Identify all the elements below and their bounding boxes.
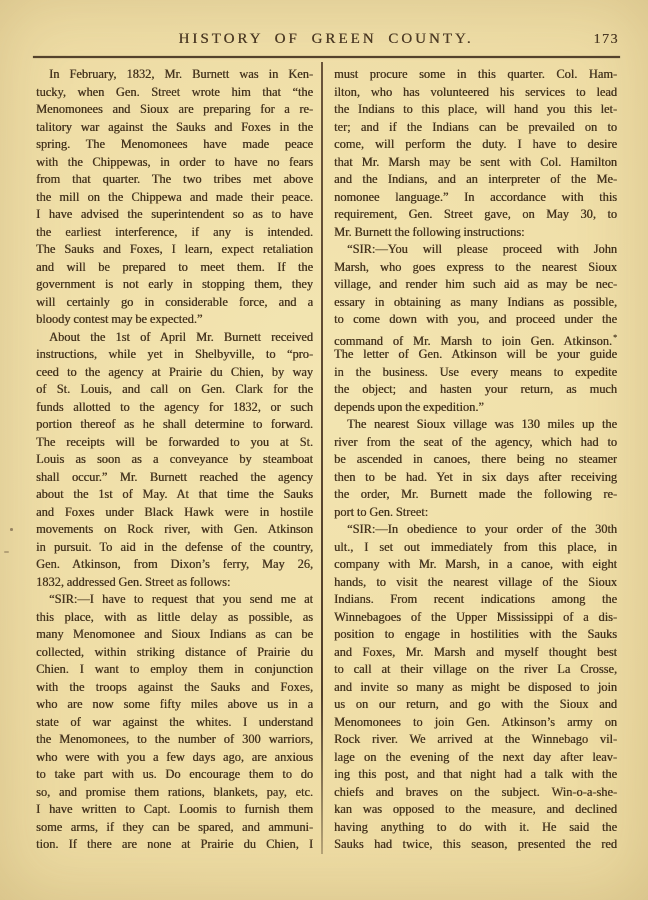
ink-speckle [10,528,13,531]
text-line: government is not early in stopping them… [36,276,313,294]
text-line: “SIR:—I have to request that you send me… [36,591,313,609]
text-line: bloody contest may be expected.” [36,311,313,329]
text-line: many Menomonee and Sioux Indians as can … [36,626,313,644]
footnote-marker: * [613,333,617,342]
text-line: ter; and if the Indians can be prevailed… [334,119,617,137]
text-line: to take part with us. Do encourage them … [36,766,313,784]
text-line: so, and promise them rations, blankets, … [36,784,313,802]
text-line: and Foxes, Mr. Marsh and myself thought … [334,644,617,662]
text-line: us on our return, and go with the Sioux … [334,696,617,714]
text-line: this place, with as little delay as poss… [36,609,313,627]
text-line: and Foxes under Black Hawk were in hosti… [36,504,313,522]
text-line: Gen. Atkinson, from Dixon’s ferry, May 2… [36,556,313,574]
text-line: port to Gen. Street: [334,504,617,522]
text-line: The nearest Sioux village was 130 miles … [334,416,617,434]
text-line: that Mr. Marsh may be sent with Col. Ham… [334,154,617,172]
text-line: command of Mr. Marsh to join Gen. Atkins… [334,329,617,347]
text-line: who are now some fifty miles above us in… [36,696,313,714]
text-line: The receipts will be forwarded to you at… [36,434,313,452]
text-line: the object; and hasten your return, as m… [334,381,617,399]
text-line: in the business. Use every means to expe… [334,364,617,382]
text-line: Menomonees and Sioux are preparing for a… [36,101,313,119]
text-line: Louis as soon as a conveyance by steambo… [36,451,313,469]
text-line: river from the seat of the agency, which… [334,434,617,452]
text-line: movements on Rock river, with Gen. Atkin… [36,521,313,539]
text-line: “SIR:—In obedience to your order of the … [334,521,617,539]
column-divider [321,62,323,854]
text-line: tucky, when Gen. Street wrote him that “… [36,84,313,102]
text-line: to call at their village on the river La… [334,661,617,679]
text-line: company with Mr. Marsh, in a canoe, with… [334,556,617,574]
text-line: portion thereof as he shall determine to… [36,416,313,434]
ink-speckle [4,551,9,553]
text-line: to come down with you, and proceed under… [334,311,617,329]
text-line: collected, within striking distance of P… [36,644,313,662]
text-line: In February, 1832, Mr. Burnett was in Ke… [36,66,313,84]
text-line: of St. Louis, and call on Gen. Clark for… [36,381,313,399]
text-line: ing this post, and that night had a talk… [334,766,617,784]
text-line: Mr. Burnett the following instructions: [334,224,617,242]
text-line: tion. If there are none at Prairie du Ch… [36,836,313,854]
text-line: nomonee language.” In accordance with th… [334,189,617,207]
text-line: Menomonees to join Gen. Atkinson’s army … [334,714,617,732]
text-line: I have written to Capt. Loomis to furnis… [36,801,313,819]
text-line: some arms, if they can be spared, and am… [36,819,313,837]
text-line: Rock river. We arrived at the Winnebago … [334,731,617,749]
text-line: Chien. I want to employ them in conjunct… [36,661,313,679]
text-line: funds allotted to the agency for 1832, o… [36,399,313,417]
text-line: in pursuit. To aid in the defense of the… [36,539,313,557]
text-line: the Indians to this place, will hand you… [334,101,617,119]
text-line: from that quarter. The two tribes met ab… [36,171,313,189]
text-line: chiefs and braves on the subject. Win-o-… [334,784,617,802]
text-line: shall occur.” Mr. Burnett reached the ag… [36,469,313,487]
text-line: 1832, addressed Gen. Street as follows: [36,574,313,592]
text-line: The letter of Gen. Atkinson will be your… [334,346,617,364]
text-line: I have advised the superintendent so as … [36,206,313,224]
text-line: kan was opposed to the measure, and decl… [334,801,617,819]
text-line: state of war against the whites. I under… [36,714,313,732]
text-line: and invite so many as might be disposed … [334,679,617,697]
text-line: ceed to the agency at Prairie du Chien, … [36,364,313,382]
text-line: ult., I set out immediately from this pl… [334,539,617,557]
text-line: with the troops against the Sauks and Fo… [36,679,313,697]
text-line: instructions, while yet in Shelbyville, … [36,346,313,364]
text-line: must procure some in this quarter. Col. … [334,66,617,84]
text-line: who were with you a few days ago, are an… [36,749,313,767]
text-line: depends upon the expedition.” [334,399,617,417]
text-line: will certainly go in considerable force,… [36,294,313,312]
page-number: 173 [33,32,619,48]
text-line: spring. The Menomonees have made peace [36,136,313,154]
text-line: The Sauks and Foxes, I learn, expect ret… [36,241,313,259]
text-line: Winnebagoes of the Upper Mississippi of … [334,609,617,627]
text-line: Sauks had twice, this season, presented … [334,836,617,854]
text-line: the Menomonees, to the number of 300 war… [36,731,313,749]
text-line: come, will perform the duty. I have to d… [334,136,617,154]
text-line: ilton, who has volunteered his services … [334,84,617,102]
right-column: must procure some in this quarter. Col. … [334,66,617,854]
text-line: with the Chippewas, in order to have no … [36,154,313,172]
text-line: essary in obtaining as many Indians as p… [334,294,617,312]
text-line: the order, Mr. Burnett made the followin… [334,486,617,504]
text-line: and will be prepared to meet them. If th… [36,259,313,277]
text-line: village, and render him such aid as may … [334,276,617,294]
text-line: Indians. From recent indications among t… [334,591,617,609]
text-line: hands, to visit the nearest village of t… [334,574,617,592]
text-line: having anything to do with it. He said t… [334,819,617,837]
text-line: then to be had. Yet in six days after re… [334,469,617,487]
text-line: requirement, Gen. Street gave, on May 30… [334,206,617,224]
text-line: lage on the evening of the next day afte… [334,749,617,767]
text-line: and the Indians, and an interpreter of t… [334,171,617,189]
text-line: the mill on the Chippewa and made their … [36,189,313,207]
text-line: “SIR:—You will please proceed with John [334,241,617,259]
text-line: About the 1st of April Mr. Burnett recei… [36,329,313,347]
header-rule [33,56,620,58]
text-line: about the 1st of May. At that time the S… [36,486,313,504]
text-line: talitory war against the Sauks and Foxes… [36,119,313,137]
book-page: HISTORY OF GREEN COUNTY. 173 In February… [0,0,648,900]
text-line: the earliest interference, if any is int… [36,224,313,242]
text-line: Marsh, who goes express to the nearest S… [334,259,617,277]
left-column: In February, 1832, Mr. Burnett was in Ke… [36,66,313,854]
text-line: position to engage in hostilities with t… [334,626,617,644]
text-line: be ascended in canoes, there being no st… [334,451,617,469]
